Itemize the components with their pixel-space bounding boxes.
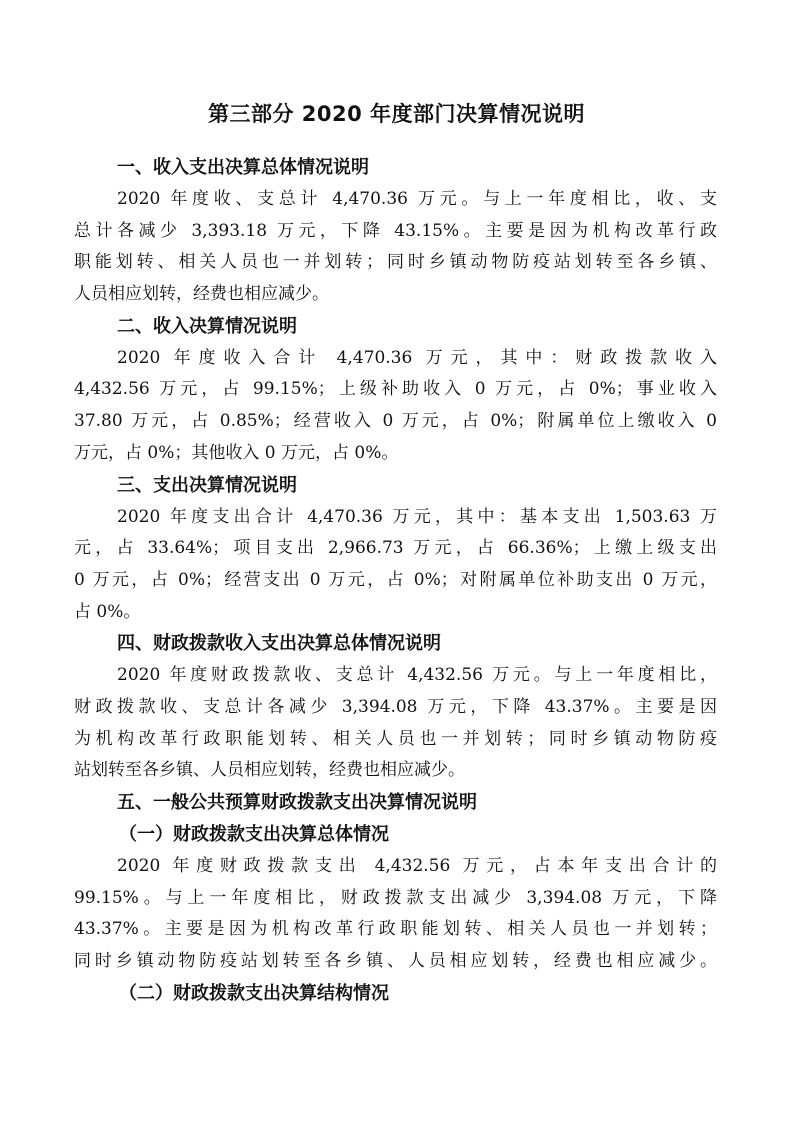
text-line: 2020 年度支出合计 4,470.36 万元，其中：基本支出 1,503.63… (74, 502, 717, 534)
text-line: 2020 年度收、支总计 4,470.36 万元。与上一年度相比，收、支 (74, 184, 717, 216)
text-line: 财政拨款收、支总计各减少 3,394.08 万元，下降 43.37%。主要是因 (74, 692, 717, 724)
text-line: 2020 年度收入合计 4,470.36 万元，其中：财政拨款收入 (74, 343, 717, 375)
section-heading: 二、收入决算情况说明 (74, 311, 717, 343)
section-heading: 四、财政拨款收入支出决算总体情况说明 (74, 628, 717, 660)
section-income: 二、收入决算情况说明 2020 年度收入合计 4,470.36 万元，其中：财政… (74, 311, 717, 470)
section-expenditure: 三、支出决算情况说明 2020 年度支出合计 4,470.36 万元，其中：基本… (74, 470, 717, 629)
section-heading: 五、一般公共预算财政拨款支出决算情况说明 (74, 787, 717, 819)
section-fiscal-appropriation-overview: 四、财政拨款收入支出决算总体情况说明 2020 年度财政拨款收、支总计 4,43… (74, 628, 717, 787)
text-line: 同时乡镇动物防疫站划转至各乡镇、人员相应划转，经费也相应减少。 (74, 946, 717, 978)
text-line: 万元，占 0%；其他收入 0 万元，占 0%。 (74, 438, 717, 470)
document-body: 一、收入支出决算总体情况说明 2020 年度收、支总计 4,470.36 万元。… (74, 152, 717, 1010)
subsection-heading: （一）财政拨款支出决算总体情况 (74, 819, 717, 851)
paragraph: 2020 年度支出合计 4,470.36 万元，其中：基本支出 1,503.63… (74, 502, 717, 629)
section-general-public-budget: 五、一般公共预算财政拨款支出决算情况说明 （一）财政拨款支出决算总体情况 202… (74, 787, 717, 1010)
text-line: 43.37%。主要是因为机构改革行政职能划转、相关人员也一并划转； (74, 914, 717, 946)
paragraph: 2020 年度财政拨款收、支总计 4,432.56 万元。与上一年度相比， 财政… (74, 660, 717, 787)
text-line: 占 0%。 (74, 597, 717, 629)
text-line: 人员相应划转，经费也相应减少。 (74, 279, 717, 311)
text-line: 4,432.56 万元，占 99.15%；上级补助收入 0 万元，占 0%；事业… (74, 374, 717, 406)
subsection-heading: （二）财政拨款支出决算结构情况 (74, 978, 717, 1010)
paragraph: 2020 年度收入合计 4,470.36 万元，其中：财政拨款收入 4,432.… (74, 343, 717, 470)
subsection-appropriation-overall: （一）财政拨款支出决算总体情况 2020 年度财政拨款支出 4,432.56 万… (74, 819, 717, 978)
document-page: 第三部分 2020 年度部门决算情况说明 一、收入支出决算总体情况说明 2020… (0, 0, 793, 1122)
text-line: 总计各减少 3,393.18 万元，下降 43.15%。主要是因为机构改革行政 (74, 216, 717, 248)
subsection-appropriation-structure: （二）财政拨款支出决算结构情况 (74, 978, 717, 1010)
text-line: 37.80 万元，占 0.85%；经营收入 0 万元，占 0%；附属单位上缴收入… (74, 406, 717, 438)
text-line: 站划转至各乡镇、人员相应划转，经费也相应减少。 (74, 755, 717, 787)
text-line: 99.15%。与上一年度相比，财政拨款支出减少 3,394.08 万元，下降 (74, 883, 717, 915)
paragraph: 2020 年度收、支总计 4,470.36 万元。与上一年度相比，收、支 总计各… (74, 184, 717, 311)
text-line: 2020 年度财政拨款收、支总计 4,432.56 万元。与上一年度相比， (74, 660, 717, 692)
section-heading: 三、支出决算情况说明 (74, 470, 717, 502)
section-income-expenditure-overview: 一、收入支出决算总体情况说明 2020 年度收、支总计 4,470.36 万元。… (74, 152, 717, 311)
text-line: 元，占 33.64%；项目支出 2,966.73 万元，占 66.36%；上缴上… (74, 533, 717, 565)
text-line: 职能划转、相关人员也一并划转；同时乡镇动物防疫站划转至各乡镇、 (74, 247, 717, 279)
page-title: 第三部分 2020 年度部门决算情况说明 (0, 98, 793, 128)
section-heading: 一、收入支出决算总体情况说明 (74, 152, 717, 184)
text-line: 0 万元，占 0%；经营支出 0 万元，占 0%；对附属单位补助支出 0 万元， (74, 565, 717, 597)
text-line: 2020 年度财政拨款支出 4,432.56 万元，占本年支出合计的 (74, 851, 717, 883)
paragraph: 2020 年度财政拨款支出 4,432.56 万元，占本年支出合计的 99.15… (74, 851, 717, 978)
text-line: 为机构改革行政职能划转、相关人员也一并划转；同时乡镇动物防疫 (74, 724, 717, 756)
